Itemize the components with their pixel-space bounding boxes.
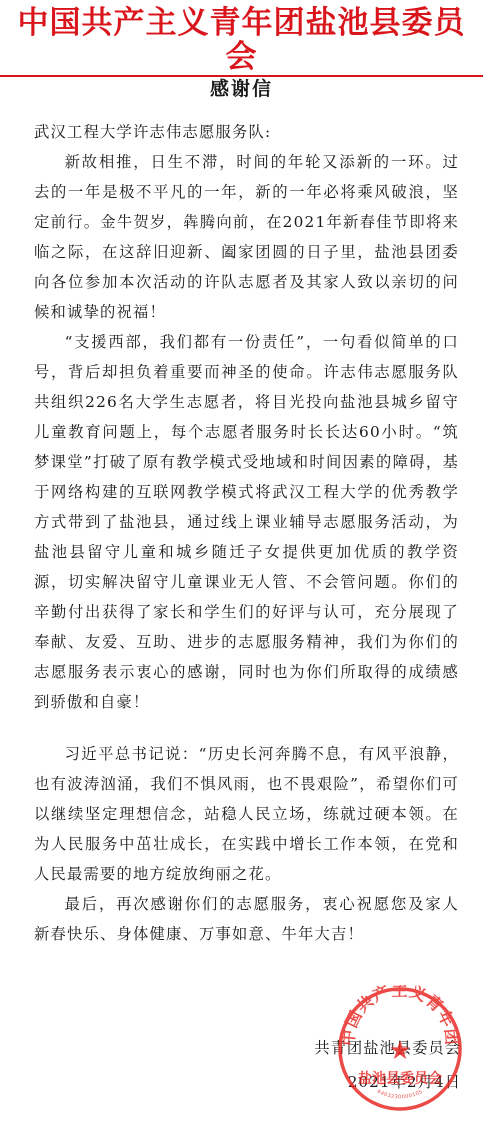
letterhead: 中国共产主义青年团盐池县委员会	[0, 6, 483, 77]
paragraph-closing: 最后，再次感谢你们的志愿服务，衷心祝愿您及家人新春快乐、身体健康、万事如意、牛年…	[34, 889, 459, 949]
paragraph-greeting: 新故相推，日生不滞，时间的年轮又添新的一环。过去的一年是极不平凡的一年，新的一年…	[34, 147, 459, 327]
letter-body: 武汉工程大学许志伟志愿服务队: 新故相推，日生不滞，时间的年轮又添新的一环。过去…	[34, 117, 459, 949]
letter-title: 感谢信	[0, 74, 483, 101]
salutation: 武汉工程大学许志伟志愿服务队:	[34, 117, 459, 147]
paragraph-achievements: “支援西部，我们都有一份责任”，一句看似简单的口号，背后却担负着重要而神圣的使命…	[34, 327, 459, 717]
organization-name: 中国共产主义青年团盐池县委员会	[0, 6, 483, 77]
paragraph-quote: 习近平总书记说：“历史长河奔腾不息，有风平浪静，也有波涛汹涌，我们不惧风雨，也不…	[34, 739, 459, 889]
signature: 共青团盐池县委员会	[314, 1036, 461, 1058]
letter-date: 2021年2月4日	[348, 1070, 461, 1092]
